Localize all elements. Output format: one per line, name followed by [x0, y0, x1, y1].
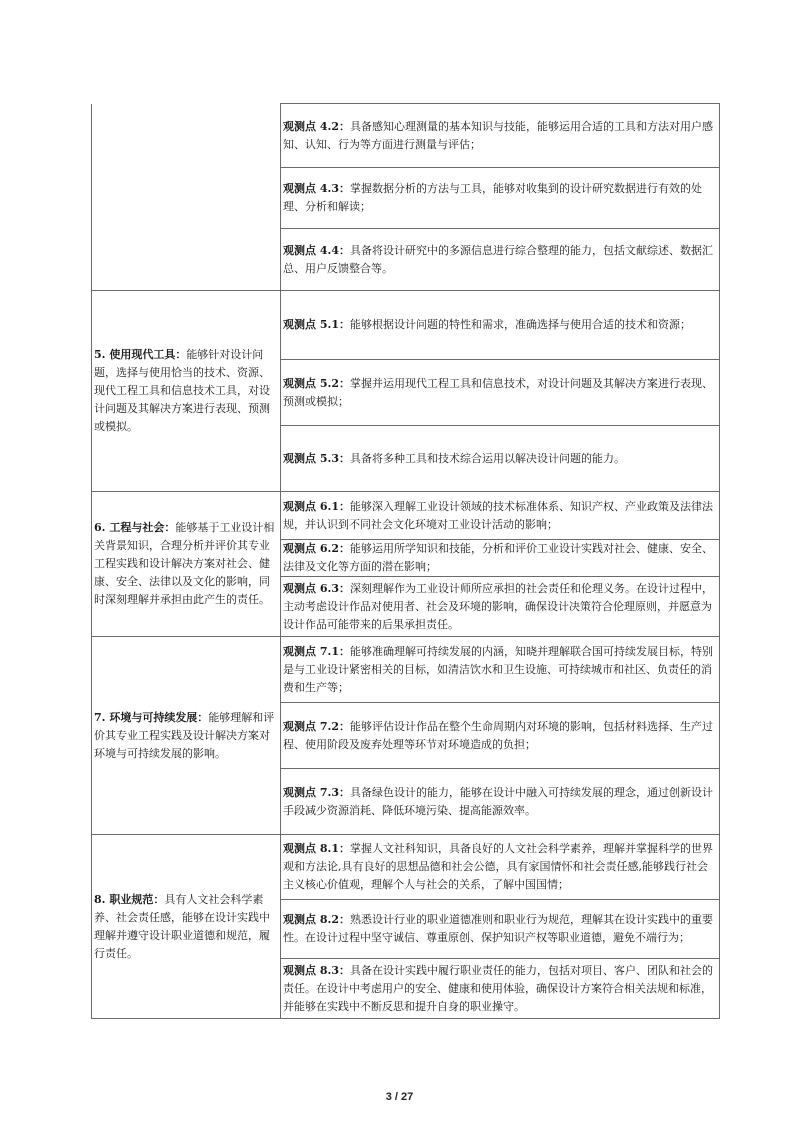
table-row: 8. 职业规范：具有人文社会科学素养、社会责任感，能够在设计实践中理解并遵守设计… — [92, 835, 720, 900]
observation-label: 观测点 8.2： — [283, 913, 350, 926]
observation-point-8-3: 观测点 8.3：具备在设计实践中履行职业责任的能力，包括对项目、客户、团队和社会… — [281, 959, 720, 1019]
observation-label: 观测点 5.2： — [283, 377, 350, 390]
observation-label: 观测点 6.1： — [283, 500, 350, 513]
observation-label: 观测点 4.4： — [283, 244, 350, 257]
observation-point-7-2: 观测点 7.2：能够评估设计作品在整个生命周期内对环境的影响，包括材料选择、生产… — [281, 703, 720, 769]
observation-text: 具备将多种工具和技术综合运用以解决设计问题的能力。 — [350, 452, 625, 465]
requirement-5-cell: 5. 使用现代工具：能够针对设计问题，选择与使用恰当的技术、资源、现代工程工具和… — [92, 291, 281, 492]
observation-point-4-3: 观测点 4.3：掌握数据分析的方法与工具，能够对收集到的设计研究数据进行有效的处… — [281, 168, 720, 229]
observation-label: 观测点 7.3： — [283, 786, 350, 799]
observation-label: 观测点 8.1： — [283, 842, 350, 855]
observation-point-4-4: 观测点 4.4：具备将设计研究中的多源信息进行综合整理的能力，包括文献综述、数据… — [281, 229, 720, 291]
observation-point-6-1: 观测点 6.1：能够深入理解工业设计领域的技术标准体系、知识产权、产业政策及法律… — [281, 492, 720, 540]
observation-text: 能够根据设计问题的特性和需求，准确选择与使用合适的技术和资源； — [350, 318, 691, 331]
table-row: 6. 工程与社会：能够基于工业设计相关背景知识，合理分析并评价其专业工程实践和设… — [92, 492, 720, 540]
observation-point-8-2: 观测点 8.2：熟悉设计行业的职业道德准则和职业行为规范，理解其在设计实践中的重… — [281, 900, 720, 959]
observation-point-6-2: 观测点 6.2：能够运用所学知识和技能，分析和评价工业设计实践对社会、健康、安全… — [281, 540, 720, 577]
observation-point-8-1: 观测点 8.1：掌握人文社科知识，具备良好的人文社会科学素养，理解并掌握科学的世… — [281, 835, 720, 900]
observation-label: 观测点 6.2： — [283, 542, 350, 555]
observation-point-4-2: 观测点 4.2：具备感知心理测量的基本知识与技能，能够运用合适的工具和方法对用户… — [281, 104, 720, 168]
observation-label: 观测点 7.1： — [283, 645, 350, 658]
observation-point-7-1: 观测点 7.1：能够准确理解可持续发展的内涵，知晓并理解联合国可持续发展目标，特… — [281, 637, 720, 703]
observation-label: 观测点 5.1： — [283, 318, 350, 331]
table-row: 7. 环境与可持续发展：能够理解和评价其专业工程实践及设计解决方案对环境与可持续… — [92, 637, 720, 703]
requirement-8-cell: 8. 职业规范：具有人文社会科学素养、社会责任感，能够在设计实践中理解并遵守设计… — [92, 835, 281, 1019]
observation-point-6-3: 观测点 6.3：深刻理解作为工业设计师所应承担的社会责任和伦理义务。在设计过程中… — [281, 577, 720, 637]
observation-label: 观测点 4.2： — [283, 120, 350, 133]
requirement-6-cell: 6. 工程与社会：能够基于工业设计相关背景知识，合理分析并评价其专业工程实践和设… — [92, 492, 281, 637]
requirement-title: 8. 职业规范： — [94, 893, 164, 906]
requirement-7-cell: 7. 环境与可持续发展：能够理解和评价其专业工程实践及设计解决方案对环境与可持续… — [92, 637, 281, 835]
observation-point-7-3: 观测点 7.3：具备绿色设计的能力，能够在设计中融入可持续发展的理念，通过创新设… — [281, 769, 720, 835]
observation-label: 观测点 4.3： — [283, 182, 350, 195]
observation-label: 观测点 6.3： — [283, 582, 350, 595]
observation-label: 观测点 5.3： — [283, 452, 350, 465]
requirement-title: 5. 使用现代工具： — [94, 348, 186, 361]
table-row: 5. 使用现代工具：能够针对设计问题，选择与使用恰当的技术、资源、现代工程工具和… — [92, 291, 720, 360]
observation-point-5-3: 观测点 5.3：具备将多种工具和技术综合运用以解决设计问题的能力。 — [281, 426, 720, 492]
observation-label: 观测点 7.2： — [283, 720, 350, 733]
document-page: 观测点 4.2：具备感知心理测量的基本知识与技能，能够运用合适的工具和方法对用户… — [0, 0, 799, 1131]
observation-label: 观测点 8.3： — [283, 964, 350, 977]
graduation-requirements-table: 观测点 4.2：具备感知心理测量的基本知识与技能，能够运用合适的工具和方法对用户… — [91, 103, 720, 1019]
requirement-title: 7. 环境与可持续发展： — [94, 711, 208, 724]
page-number: 3 / 27 — [0, 1091, 799, 1103]
table-row: 观测点 4.2：具备感知心理测量的基本知识与技能，能够运用合适的工具和方法对用户… — [92, 104, 720, 168]
observation-point-5-2: 观测点 5.2：掌握并运用现代工程工具和信息技术，对设计问题及其解决方案进行表现… — [281, 360, 720, 426]
requirement-title: 6. 工程与社会： — [94, 521, 175, 534]
observation-point-5-1: 观测点 5.1：能够根据设计问题的特性和需求，准确选择与使用合适的技术和资源； — [281, 291, 720, 360]
requirement-cell-continued — [92, 104, 281, 291]
